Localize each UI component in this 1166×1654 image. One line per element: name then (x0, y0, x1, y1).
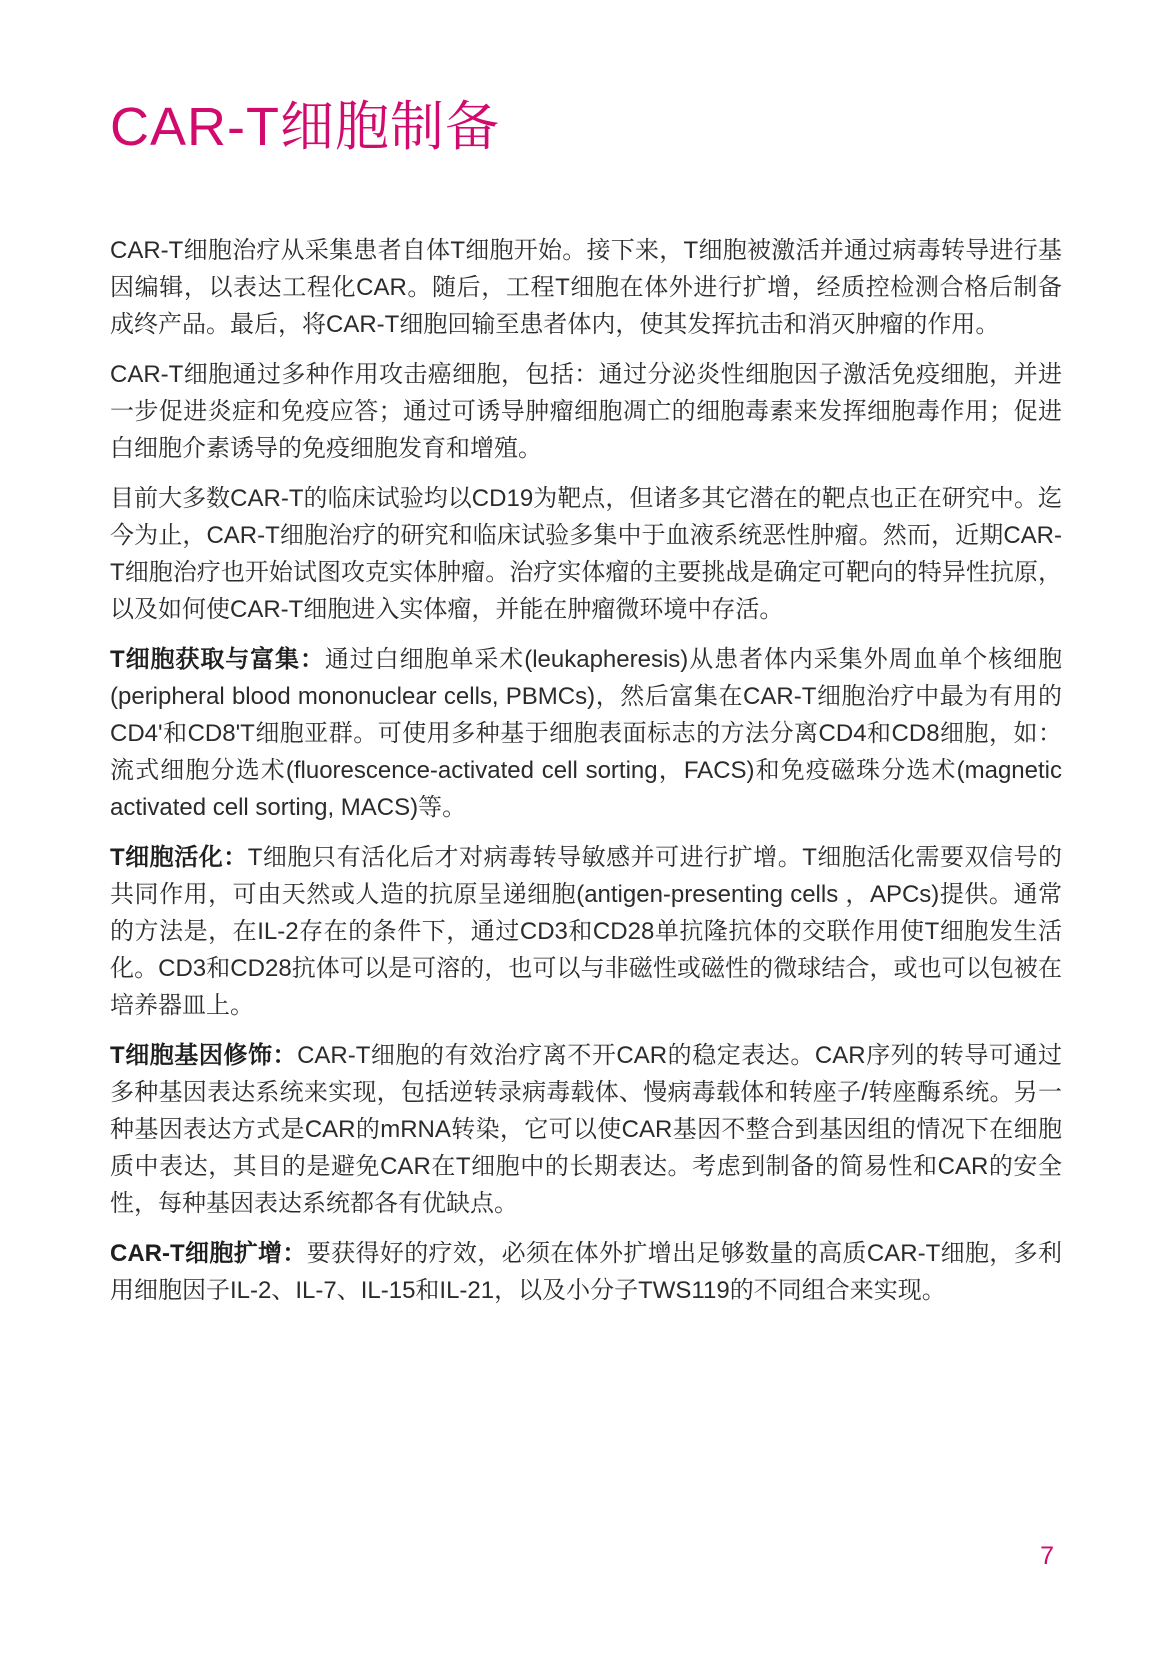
paragraph-clinical-targets: 目前大多数CAR-T的临床试验均以CD19为靶点，但诸多其它潜在的靶点也正在研究… (110, 480, 1062, 628)
paragraph-lead-label: CAR-T细胞扩增： (110, 1240, 307, 1267)
page-number: 7 (1040, 1542, 1054, 1571)
paragraph-t-cell-acquisition: T细胞获取与富集：通过白细胞单采术(leukapheresis)从患者体内采集外… (110, 641, 1062, 826)
paragraph-attack-mechanisms: CAR-T细胞通过多种作用攻击癌细胞，包括：通过分泌炎性细胞因子激活免疫细胞，并… (110, 356, 1062, 467)
document-page: CAR-T细胞制备 CAR-T细胞治疗从采集患者自体T细胞开始。接下来，T细胞被… (0, 0, 1166, 1654)
paragraph-text: CAR-T细胞通过多种作用攻击癌细胞，包括：通过分泌炎性细胞因子激活免疫细胞，并… (110, 361, 1062, 462)
paragraph-lead-label: T细胞基因修饰： (110, 1042, 297, 1069)
paragraph-intro-process: CAR-T细胞治疗从采集患者自体T细胞开始。接下来，T细胞被激活并通过病毒转导进… (110, 232, 1062, 343)
paragraph-t-cell-activation: T细胞活化：T细胞只有活化后才对病毒转导敏感并可进行扩增。T细胞活化需要双信号的… (110, 839, 1062, 1024)
paragraph-text: 目前大多数CAR-T的临床试验均以CD19为靶点，但诸多其它潜在的靶点也正在研究… (110, 485, 1062, 623)
paragraph-lead-label: T细胞活化： (110, 844, 248, 871)
paragraph-cell-expansion: CAR-T细胞扩增：要获得好的疗效，必须在体外扩增出足够数量的高质CAR-T细胞… (110, 1235, 1062, 1309)
body-text: CAR-T细胞治疗从采集患者自体T细胞开始。接下来，T细胞被激活并通过病毒转导进… (110, 232, 1062, 1309)
paragraph-gene-modification: T细胞基因修饰：CAR-T细胞的有效治疗离不开CAR的稳定表达。CAR序列的转导… (110, 1037, 1062, 1222)
paragraph-lead-label: T细胞获取与富集： (110, 646, 325, 673)
paragraph-text: T细胞只有活化后才对病毒转导敏感并可进行扩增。T细胞活化需要双信号的共同作用，可… (110, 844, 1062, 1019)
paragraph-text: CAR-T细胞治疗从采集患者自体T细胞开始。接下来，T细胞被激活并通过病毒转导进… (110, 237, 1062, 338)
page-title: CAR-T细胞制备 (0, 0, 1166, 158)
